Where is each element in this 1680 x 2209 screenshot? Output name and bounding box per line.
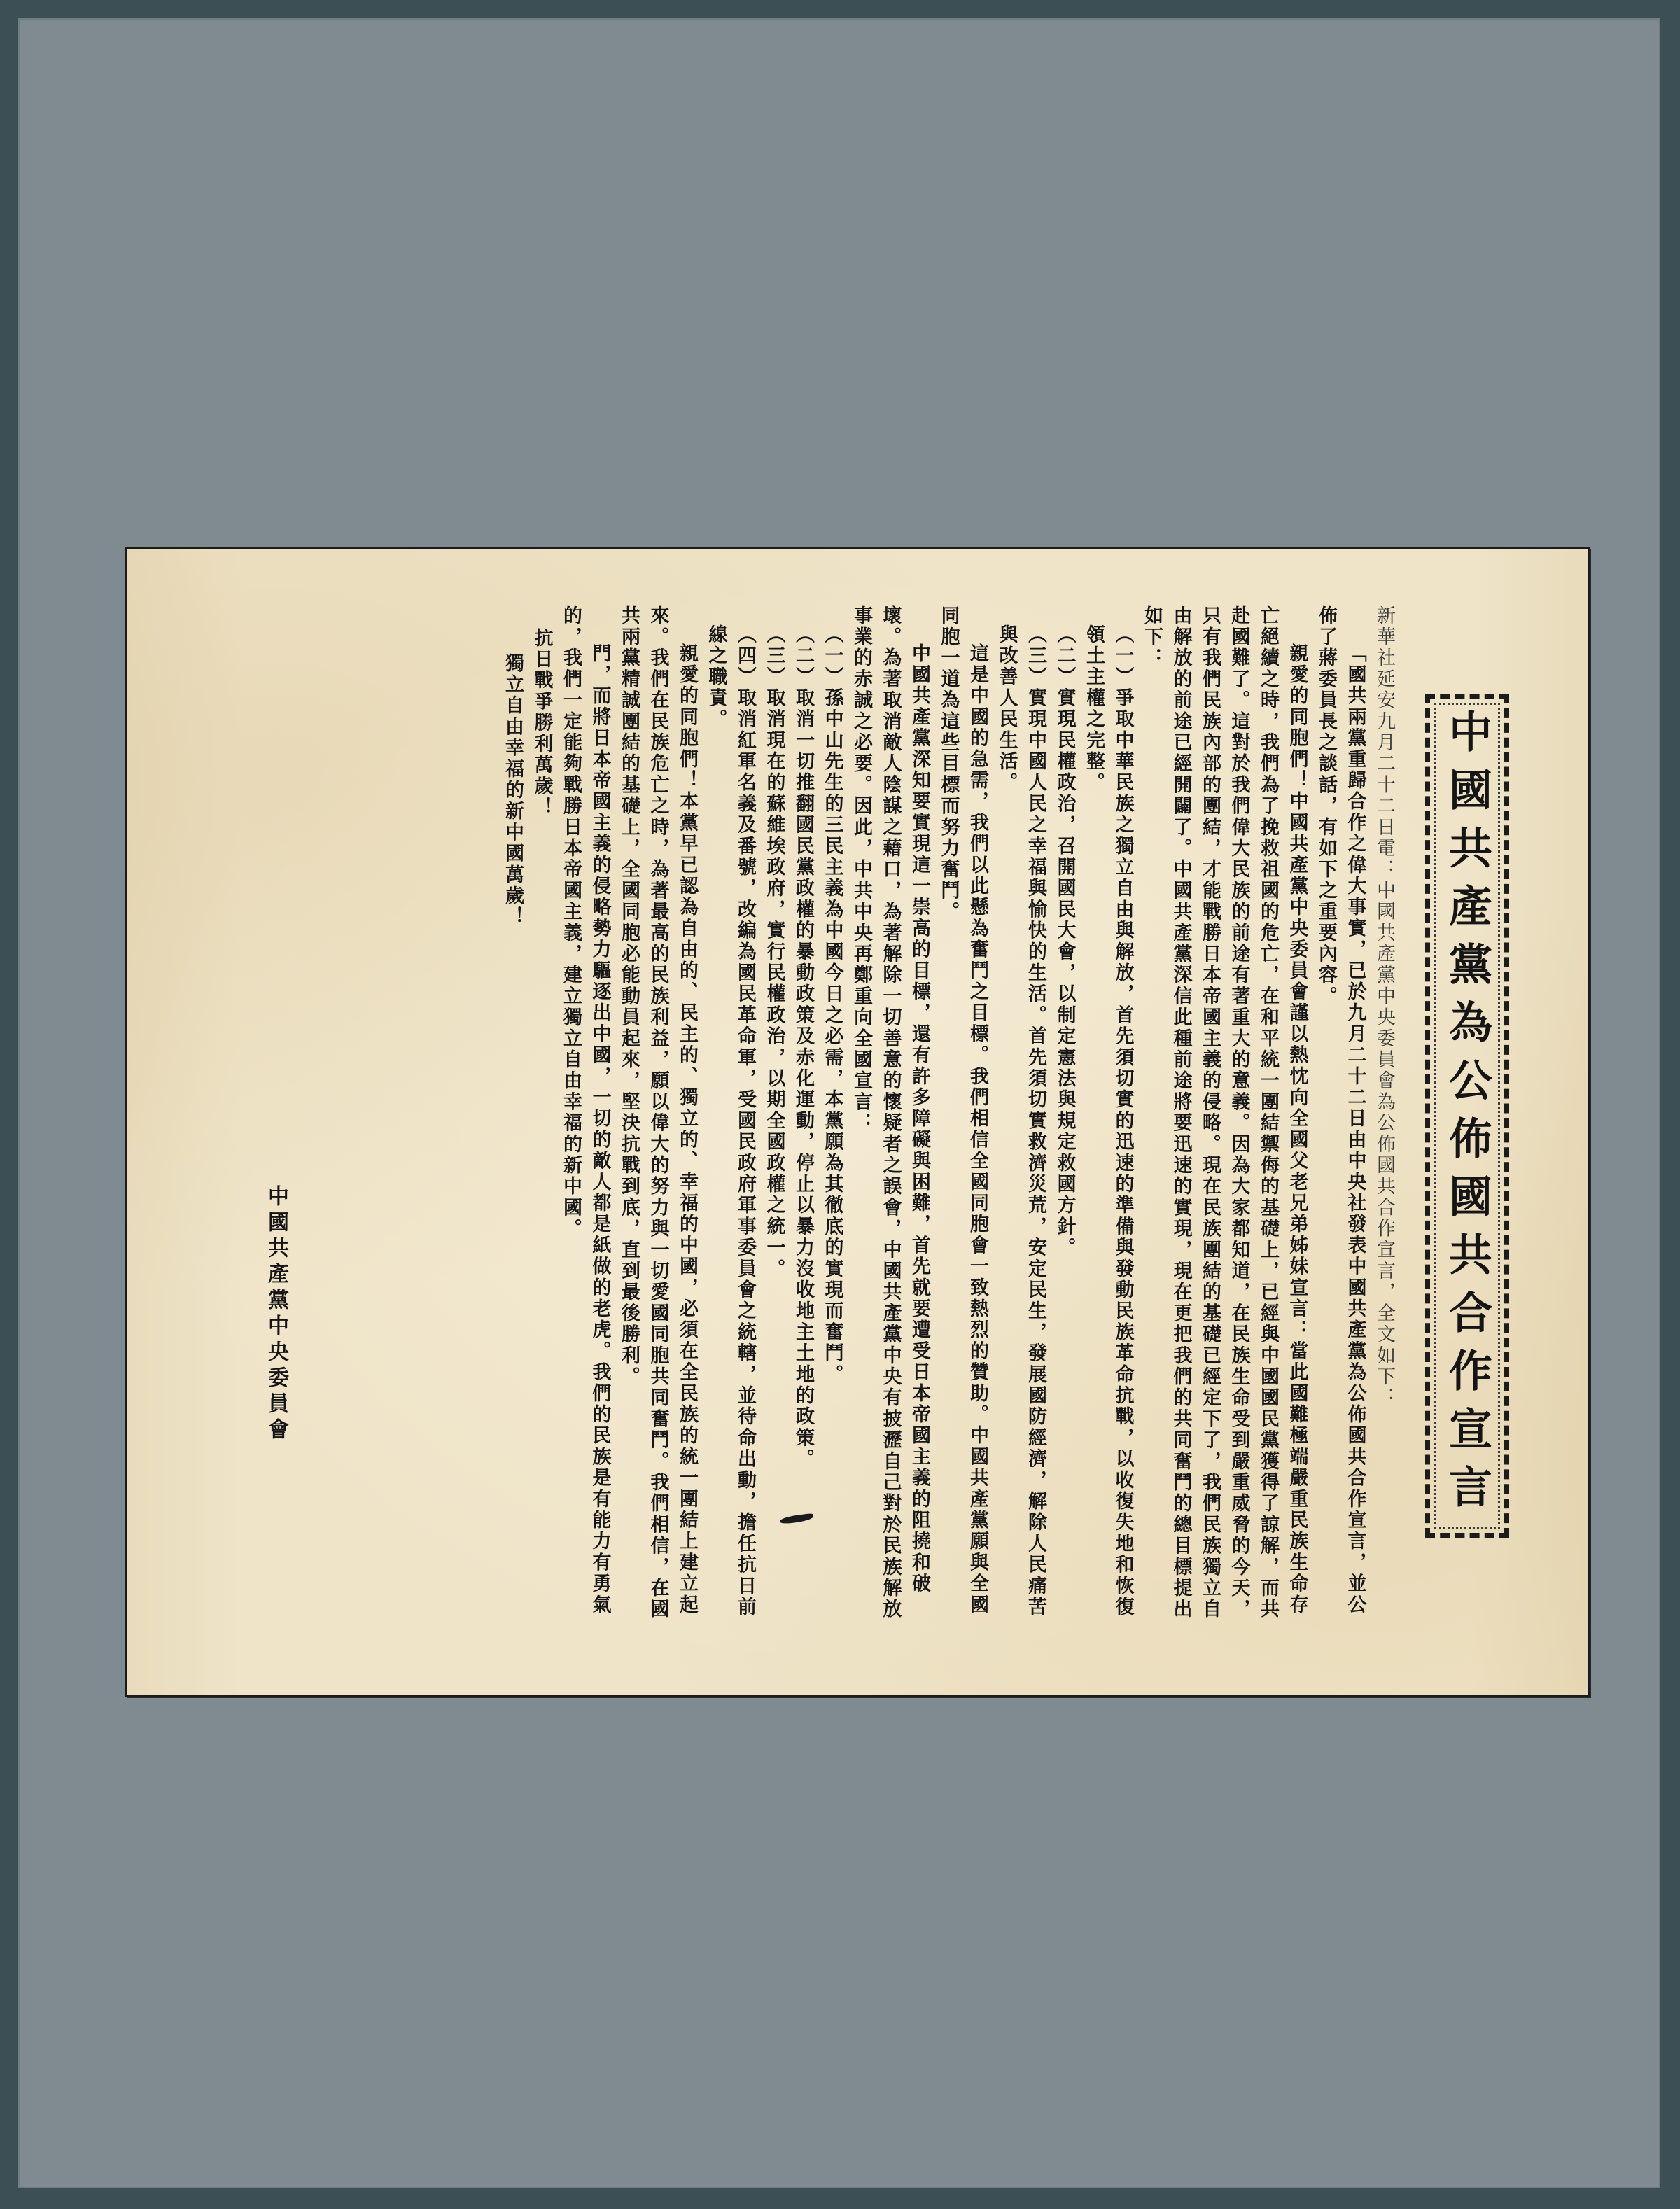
paragraph: 這是中國的急需，我們以此懸為奮鬥之目標。我們相信全國同胞會一致熱烈的贊助。中國共…	[934, 605, 992, 1634]
document-paper: 中國共產黨為公佈國共合作宣言 新華社延安九月二十二日電：中國共產黨中央委員會為公…	[125, 547, 1590, 1697]
numbered-item: （三）實現中國人民之幸福與愉快的生活。首先須切實救濟災荒，安定民生，發展國防經濟…	[992, 605, 1050, 1634]
numbered-item: （一）爭取中華民族之獨立自由與解放，首先須切實的迅速的準備與發動民族革命抗戰，以…	[1079, 605, 1137, 1634]
signature: 中國共產黨中央委員會	[260, 1185, 291, 1444]
closing-slogan: 抗日戰爭勝利萬歲！	[527, 605, 556, 1634]
paragraph: 「國共兩黨重歸合作之偉大事實，已於九月二十二日由中央社發表中國共產黨為公佈國共合…	[1312, 605, 1370, 1634]
document-body: 新華社延安九月二十二日電：中國共產黨中央委員會為公佈國共合作宣言，全文如下： 「…	[300, 605, 1399, 1634]
paragraph: 親愛的同胞們！中國共產黨中央委員會謹以熱忱向全國父老兄弟姊妹宣言：當此國難極端嚴…	[1137, 605, 1312, 1634]
closing-slogan: 獨立自由幸福的新中國萬歲！	[498, 605, 528, 1634]
title-box: 中國共產黨為公佈國共合作宣言	[1425, 694, 1509, 1538]
preface-line: 新華社延安九月二十二日電：中國共產黨中央委員會為公佈國共合作宣言，全文如下：	[1370, 605, 1399, 1634]
paragraph: 中國共產黨深知要實現這一崇高的目標，還有許多障礙與困難，首先就要遭受日本帝國主義…	[847, 605, 934, 1634]
numbered-item: （一）孫中山先生的三民主義為中國今日之必需，本黨願為其徹底的實現而奮鬥。	[818, 605, 847, 1634]
numbered-item: （二）取消一切推翻國民黨政權的暴動政策及赤化運動，停止以暴力沒收地主土地的政策。	[789, 605, 818, 1634]
document-title: 中國共產黨為公佈國共合作宣言	[1436, 709, 1499, 1522]
paragraph: 門，而將日本帝國主義的侵略勢力驅逐出中國，一切的敵人都是紙做的老虎。我們的民族是…	[556, 605, 615, 1634]
paragraph: 親愛的同胞們！本黨早已認為自由的、民主的、獨立的、幸福的中國，必須在全民族的統一…	[615, 605, 702, 1634]
numbered-item: （四）取消紅軍名義及番號，改編為國民革命軍，受國民政府軍事委員會之統轄，並待命出…	[701, 605, 759, 1634]
image-frame: 中國共產黨為公佈國共合作宣言 新華社延安九月二十二日電：中國共產黨中央委員會為公…	[18, 18, 1660, 2188]
numbered-item: （二）實現民權政治，召開國民大會，以制定憲法與規定救國方針。	[1050, 605, 1079, 1634]
numbered-item: （三）取消現在的蘇維埃政府，實行民權政治，以期全國政權之統一。	[759, 605, 789, 1634]
